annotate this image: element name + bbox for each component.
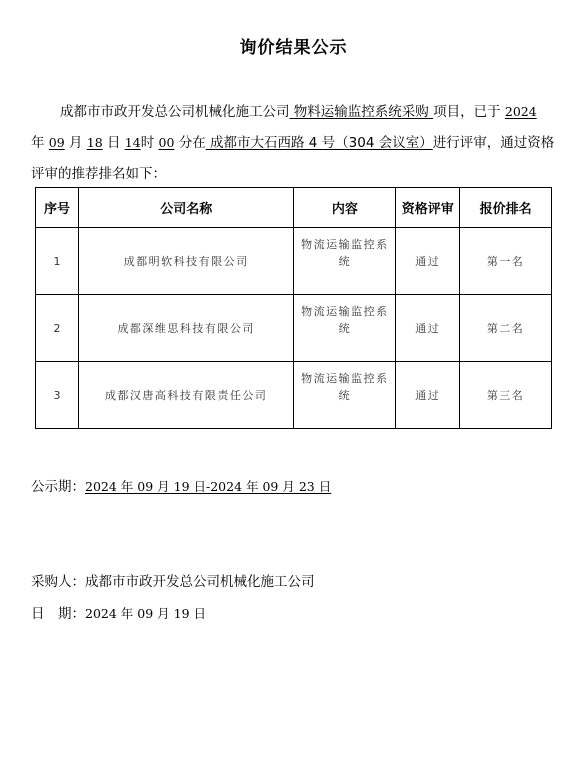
publicity-label: 公示期： [31,479,85,495]
row-company: 成都明软科技有限公司 [78,228,294,295]
table-row: 1 成都明软科技有限公司 物流运输监控系统 通过 第一名 [36,228,552,295]
row-qualification: 通过 [396,295,460,362]
project-name: 物料运输监控系统采购 [290,104,434,120]
row-index: 2 [36,295,79,362]
buyer-value: 成都市市政开发总公司机械化施工公司 [85,574,315,590]
header-company: 公司名称 [78,188,294,228]
buyer: 采购人：成都市市政开发总公司机械化施工公司 [31,570,315,590]
intro-text: 项目，已于 [433,104,501,120]
date-label: 日 期： [31,606,85,622]
results-table: 序号 公司名称 内容 资格评审 报价排名 1 成都明软科技有限公司 物流运输监控… [35,187,552,429]
row-content: 物流运输监控系统 [294,295,396,362]
publicity-period: 公示期：2024 年 09 月 19 日-2024 年 09 月 23 日 [31,475,331,495]
row-company: 成都深维思科技有限公司 [78,295,294,362]
header-qualification: 资格评审 [396,188,460,228]
table-row: 3 成都汉唐高科技有限责任公司 物流运输监控系统 通过 第三名 [36,362,552,429]
page-title: 询价结果公示 [0,33,587,58]
header-index: 序号 [36,188,79,228]
intro-text-2: 进行评审，通过资格 [433,135,555,151]
buyer-label: 采购人： [31,574,85,590]
row-index: 1 [36,228,79,295]
year-unit: 年 [31,135,45,151]
date-value: 2024 年 09 月 19 日 [85,606,206,621]
review-year: 2024 [505,104,537,119]
row-rank: 第一名 [460,228,552,295]
review-hour: 14 [125,135,141,150]
day-unit: 日 [107,135,121,151]
row-qualification: 通过 [396,228,460,295]
header-content: 内容 [294,188,396,228]
row-content: 物流运输监控系统 [294,228,396,295]
header-rank: 报价排名 [460,188,552,228]
hour-unit: 时 [141,135,155,151]
purchaser-name: 成都市市政开发总公司机械化施工公司 [60,104,290,120]
table-header-row: 序号 公司名称 内容 资格评审 报价排名 [36,188,552,228]
publicity-value: 2024 年 09 月 19 日-2024 年 09 月 23 日 [85,479,331,494]
review-day: 18 [87,135,103,150]
month-unit: 月 [69,135,83,151]
minute-unit: 分在 [179,135,206,151]
row-company: 成都汉唐高科技有限责任公司 [78,362,294,429]
row-qualification: 通过 [396,362,460,429]
intro-line-1: 成都市市政开发总公司机械化施工公司 物料运输监控系统采购 项目，已于 2024 [60,100,537,120]
row-rank: 第三名 [460,362,552,429]
row-rank: 第二名 [460,295,552,362]
intro-line-3: 评审的推荐排名如下： [31,162,166,182]
review-minute: 00 [159,135,175,150]
table-row: 2 成都深维思科技有限公司 物流运输监控系统 通过 第二名 [36,295,552,362]
row-index: 3 [36,362,79,429]
intro-line-2: 年 09 月 18 日 14时 00 分在 成都市大石西路 4 号（304 会议… [31,131,554,151]
row-content: 物流运输监控系统 [294,362,396,429]
notice-date: 日 期：2024 年 09 月 19 日 [31,602,206,622]
review-month: 09 [49,135,65,150]
review-location: 成都市大石西路 4 号（304 会议室） [206,135,433,151]
